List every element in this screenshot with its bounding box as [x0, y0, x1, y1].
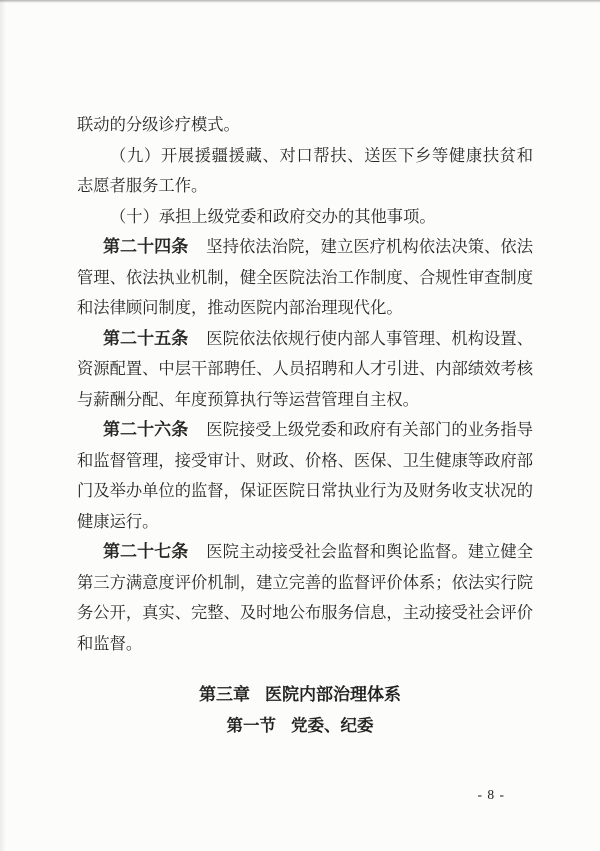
- article-24: 第二十四条坚持依法治院，建立医疗机构依法决策、依法管理、依法执业机制，健全医院法…: [77, 232, 533, 324]
- section-heading: 第一节党委、纪委: [0, 711, 600, 742]
- scan-edge-artifact-top: [0, 0, 600, 3]
- document-body: 联动的分级诊疗模式。 （九）开展援疆援藏、对口帮扶、送医下乡等健康扶贫和志愿者服…: [77, 110, 533, 659]
- article-25: 第二十五条医院依法依规行使内部人事管理、机构设置、资源配置、中层干部聘任、人员招…: [77, 324, 533, 416]
- paragraph-continuation: 联动的分级诊疗模式。: [77, 110, 533, 141]
- scanned-document-page: 联动的分级诊疗模式。 （九）开展援疆援藏、对口帮扶、送医下乡等健康扶贫和志愿者服…: [0, 0, 600, 851]
- section-label: 第一节: [227, 717, 277, 735]
- article-26-number: 第二十六条: [103, 420, 188, 439]
- article-24-number: 第二十四条: [103, 237, 188, 256]
- section-title: 党委、纪委: [291, 717, 374, 735]
- chapter-label: 第三章: [199, 685, 250, 704]
- page-number: - 8 -: [478, 787, 506, 802]
- article-25-number: 第二十五条: [103, 329, 188, 348]
- list-item-ten: （十）承担上级党委和政府交办的其他事项。: [77, 202, 533, 233]
- article-26: 第二十六条医院接受上级党委和政府有关部门的业务指导和监督管理，接受审计、财政、价…: [77, 415, 533, 537]
- article-27-number: 第二十七条: [103, 542, 188, 561]
- article-27: 第二十七条医院主动接受社会监督和舆论监督。建立健全第三方满意度评价机制，建立完善…: [77, 537, 533, 659]
- list-item-nine: （九）开展援疆援藏、对口帮扶、送医下乡等健康扶贫和志愿者服务工作。: [77, 141, 533, 202]
- chapter-heading: 第三章医院内部治理体系: [0, 680, 600, 711]
- chapter-title: 医院内部治理体系: [265, 685, 401, 704]
